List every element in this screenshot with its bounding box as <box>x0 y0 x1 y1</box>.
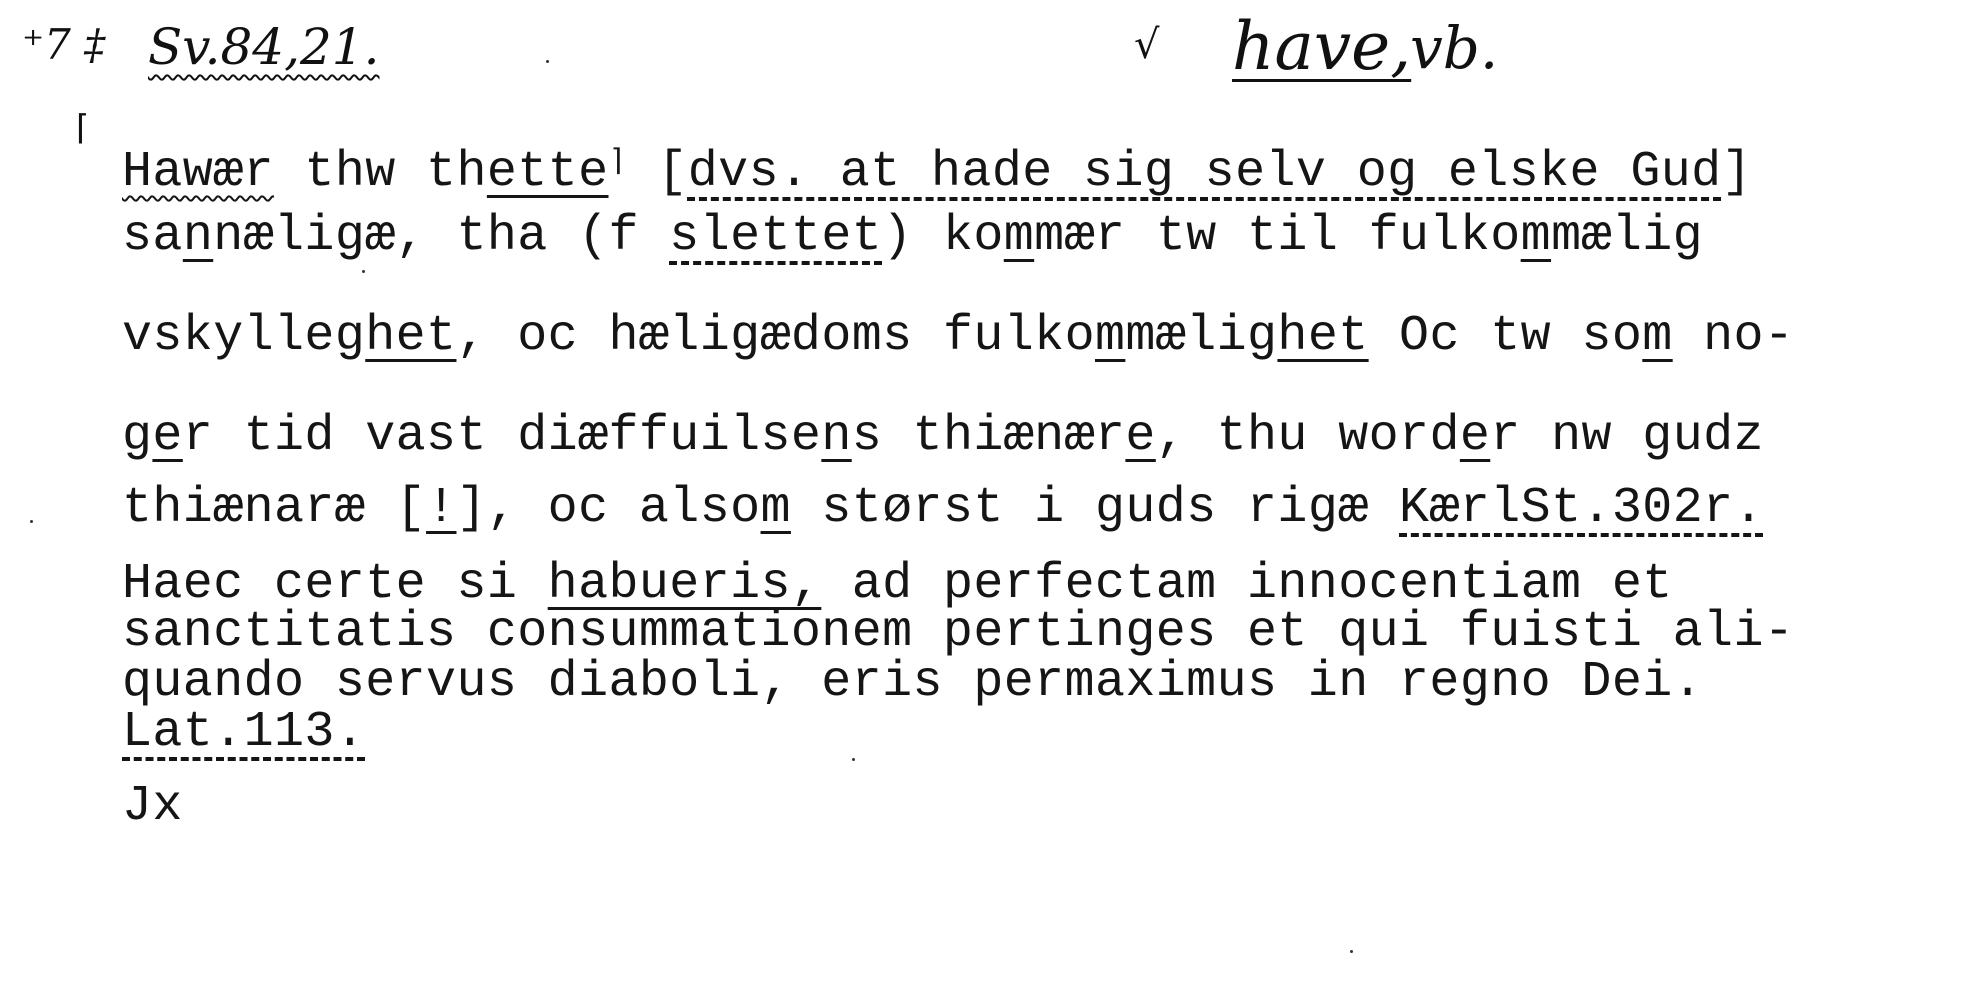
close-corner-mark: ⌉ <box>609 146 627 180</box>
latin-line-1: Haec certe si habueris, ad perfectam inn… <box>122 560 1673 610</box>
annotation-prefix: ⁺7 ‡ <box>22 20 105 69</box>
text-line-1: Hawær thw thette⌉ [dvs. at hade sig selv… <box>122 148 1752 198</box>
latin-line-3: quando servus diaboli, eris permaximus i… <box>122 658 1703 708</box>
open-corner-mark: ⌈ <box>76 108 89 148</box>
underlined-word: Hawær <box>122 144 274 201</box>
scan-speck <box>546 60 549 63</box>
editor-initials: Jx <box>122 782 183 832</box>
text-line-3: vskylleghet, oc hæligædoms fulkommælighe… <box>122 312 1794 362</box>
scan-speck <box>852 758 855 761</box>
editorial-note: slettet <box>669 208 882 265</box>
source-reference-handwritten: Sv.84,21. <box>148 18 380 76</box>
text-line-2: sannæligæ, tha (f slettet) kommær tw til… <box>122 212 1703 262</box>
scan-speck <box>30 520 33 523</box>
text-line-5: thiænaræ [!], oc alsom størst i guds rig… <box>122 484 1764 534</box>
headword: have, <box>1232 8 1411 85</box>
latin-line-2: sanctitatis consummationem pertinges et … <box>122 608 1794 658</box>
check-mark-icon: √ <box>1134 22 1160 68</box>
scan-speck <box>1350 950 1353 953</box>
source-citation: KærlSt.302r. <box>1399 480 1764 537</box>
scan-speck <box>362 270 365 273</box>
editorial-gloss: dvs. at hade sig selv og elske Gud <box>688 144 1722 201</box>
word-class: vb. <box>1410 14 1498 82</box>
latin-source-citation: Lat.113. <box>122 708 365 758</box>
text-line-4: ger tid vast diæffuilsens thiænære, thu … <box>122 412 1764 462</box>
